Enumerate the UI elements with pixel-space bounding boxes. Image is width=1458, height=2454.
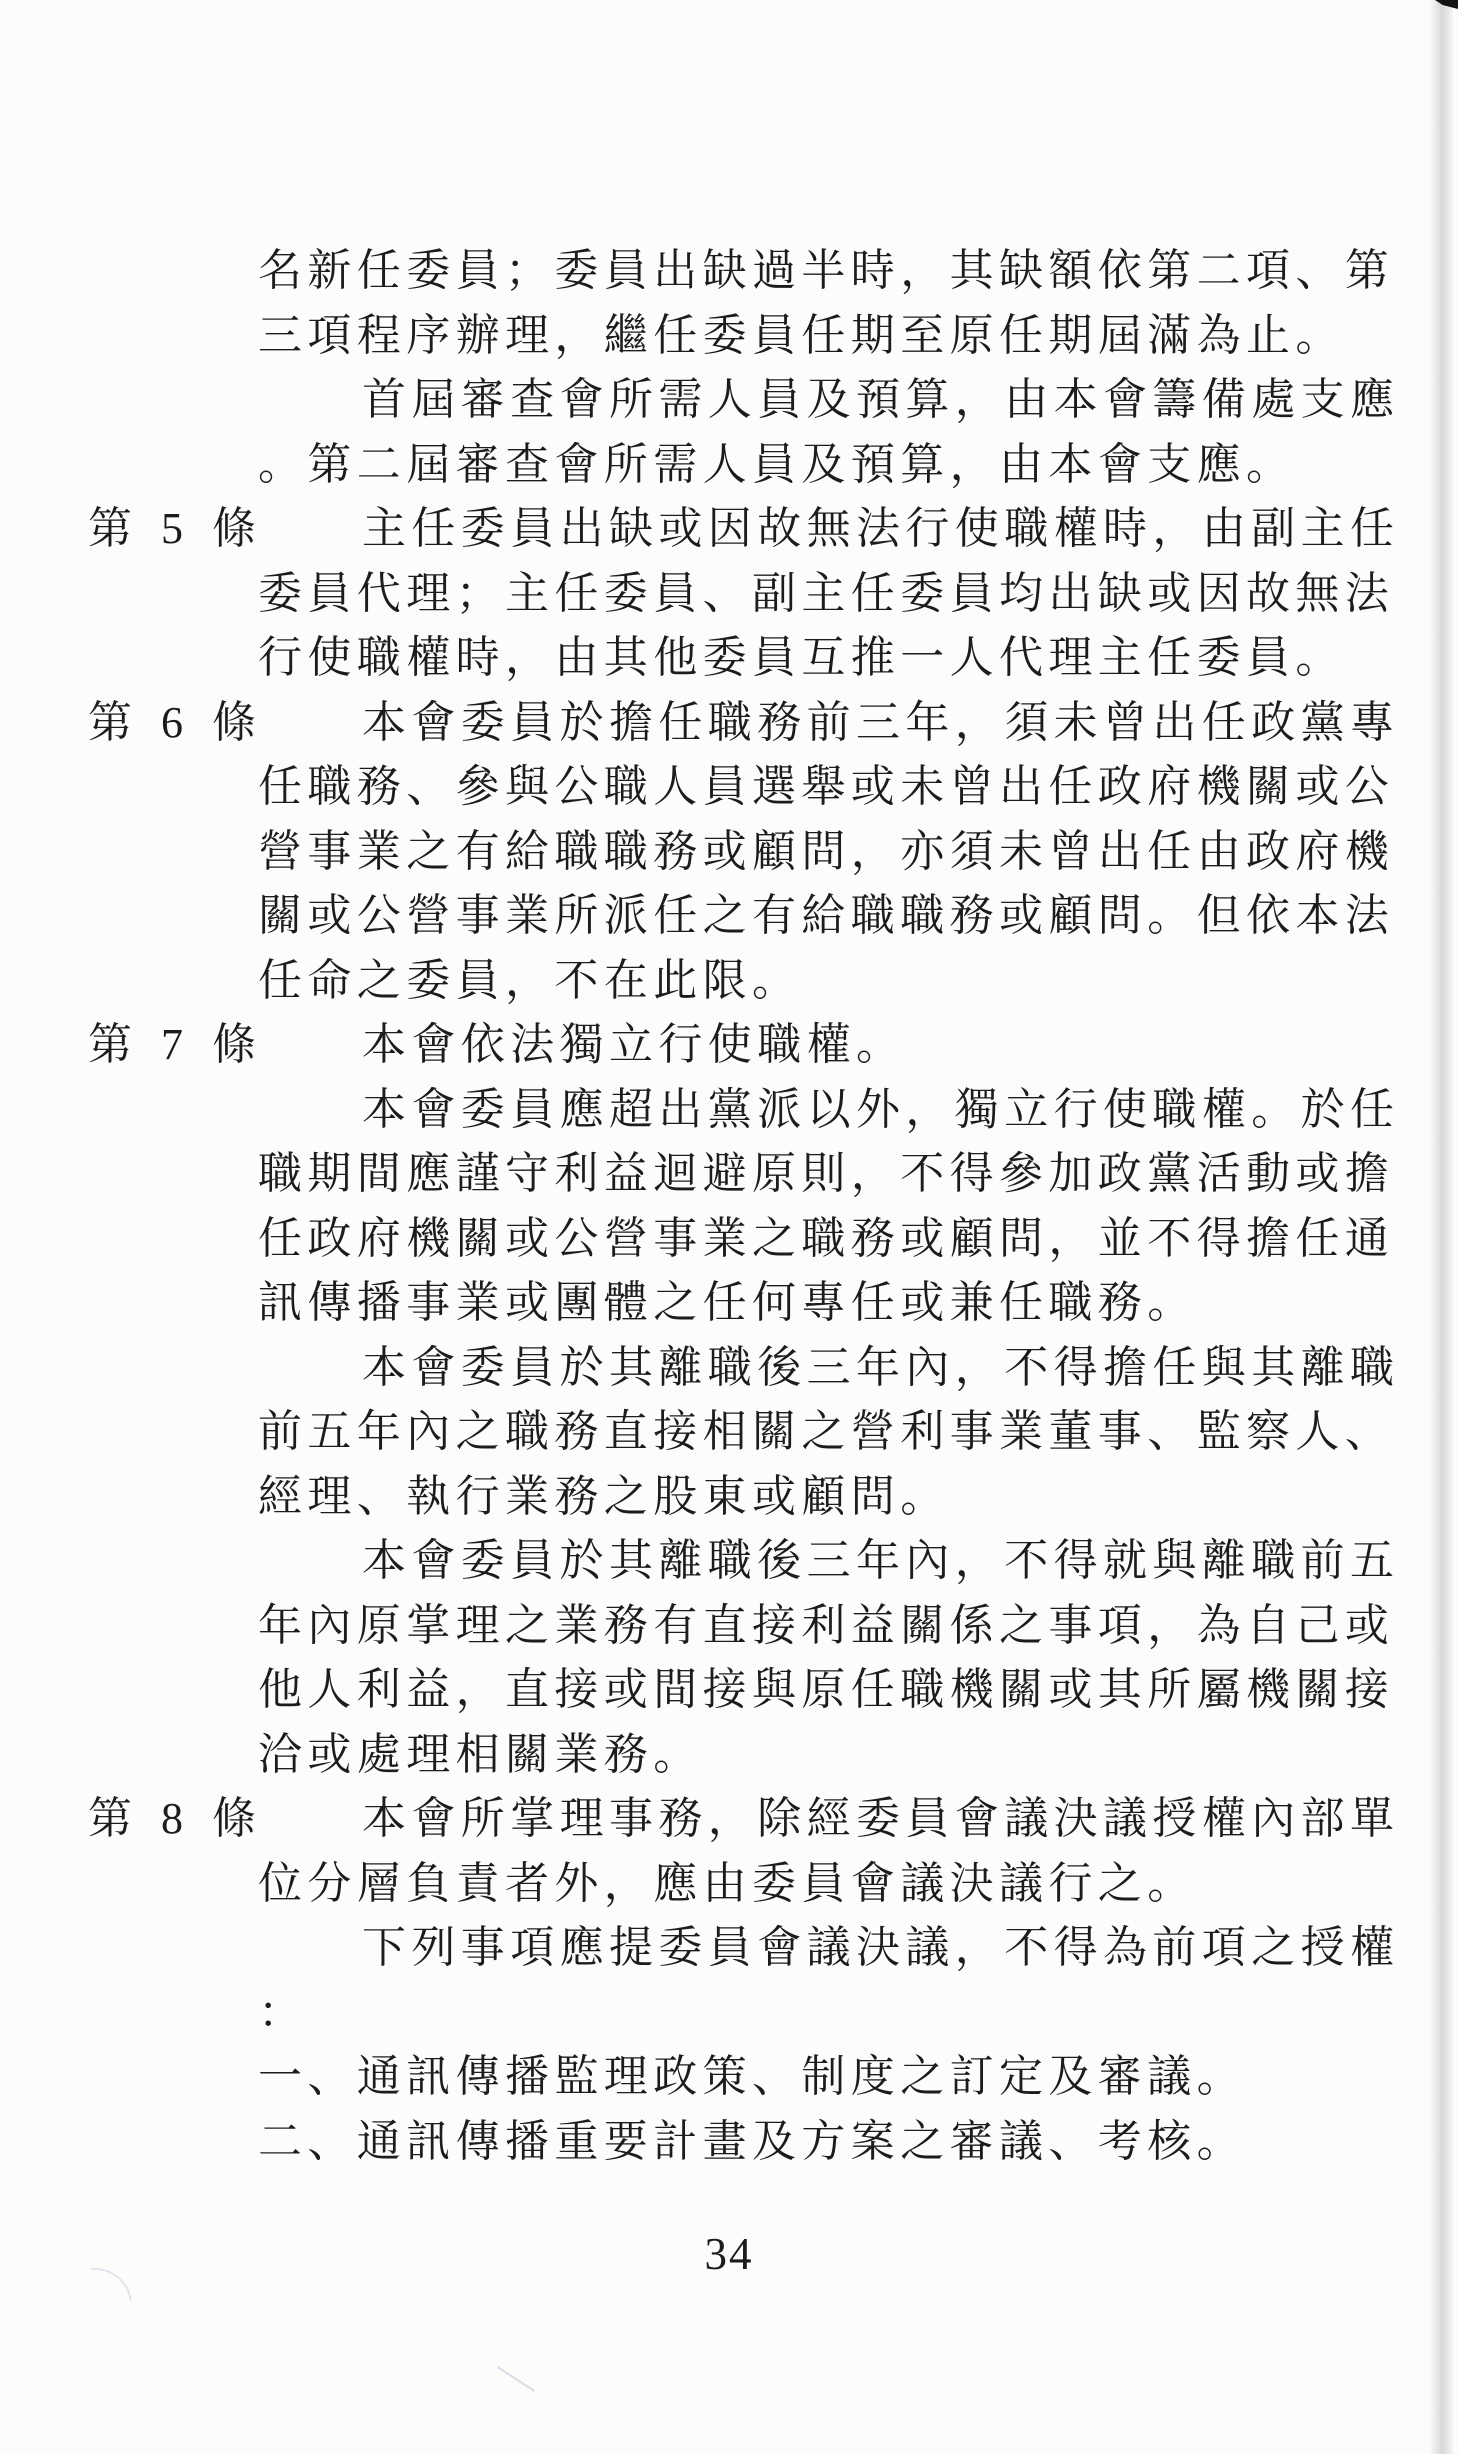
text-line: 任命之委員，不在此限。 [258,948,801,1013]
line-text: 前五年內之職務直接相關之營利事業董事、監察人、 [258,1407,1394,1456]
article-number-char: 第 [88,690,132,755]
line-text: 任職務、參與公職人員選舉或未曾出任政府機關或公 [258,762,1394,811]
article-number-char: 第 [88,1786,132,1851]
article-number-char: 第 [88,496,132,561]
article-line: 第8條本會所掌理事務，除經委員會議決議授權內部單 [88,1786,1399,1851]
line-text: 本會委員於其離職後三年內，不得擔任與其離職 [362,1343,1399,1392]
article-number: 第8條 [88,1786,256,1851]
article-number-char: 5 [161,496,183,561]
line-text: 下列事項應提委員會議決議，不得為前項之授權 [362,1923,1399,1972]
text-line: 位分層負責者外，應由委員會議決議行之。 [258,1851,1197,1916]
line-text: 洽或處理相關業務。 [258,1730,703,1779]
text-line: 洽或處理相關業務。 [258,1722,703,1787]
text-line: 本會委員於其離職後三年內，不得擔任與其離職 [362,1335,1399,1400]
line-text: 本會依法獨立行使職權。 [362,1020,905,1069]
text-line: 前五年內之職務直接相關之營利事業董事、監察人、 [258,1399,1394,1464]
line-text: 營事業之有給職職務或顧問，亦須未曾出任由政府機 [258,827,1394,876]
article-number-char: 7 [161,1012,183,1077]
line-text: 行使職權時，由其他委員互推一人代理主任委員。 [258,633,1345,682]
text-line: 一、通訊傳播監理政策、制度之訂定及審議。 [258,2044,1246,2109]
article-line: 第5條主任委員出缺或因故無法行使職權時，由副主任 [88,496,1399,561]
page-number: 34 [0,2222,1458,2287]
article-number-char: 8 [161,1786,183,1851]
text-line: 下列事項應提委員會議決議，不得為前項之授權 [362,1915,1399,1980]
article-number: 第5條 [88,496,256,561]
text-line: 二、通訊傳播重要計畫及方案之審議、考核。 [258,2109,1246,2174]
line-text: 主任委員出缺或因故無法行使職權時，由副主任 [362,504,1399,553]
text-line: 營事業之有給職職務或顧問，亦須未曾出任由政府機 [258,819,1394,884]
article-number-char: 條 [212,496,256,561]
text-line: 關或公營事業所派任之有給職職務或顧問。但依本法 [258,883,1394,948]
line-text: 位分層負責者外，應由委員會議決議行之。 [258,1859,1197,1908]
line-text: 委員代理；主任委員、副主任委員均出缺或因故無法 [258,569,1394,618]
line-text: 訊傳播事業或團體之任何專任或兼任職務。 [258,1278,1197,1327]
article-number-char: 條 [212,690,256,755]
line-text: 年內原掌理之業務有直接利益關係之事項，為自己或 [258,1601,1394,1650]
line-text: 經理、執行業務之股東或顧問。 [258,1472,950,1521]
line-text: ： [258,1988,307,2037]
line-text: 名新任委員；委員出缺過半時，其缺額依第二項、第 [258,246,1394,295]
text-line: ： [258,1980,307,2045]
line-text: 本會委員於擔任職務前三年，須未曾出任政黨專 [362,698,1399,747]
line-text: 二、通訊傳播重要計畫及方案之審議、考核。 [258,2117,1246,2166]
text-line: 他人利益，直接或間接與原任職機關或其所屬機關接 [258,1657,1394,1722]
text-line: 。第二屆審查會所需人員及預算，由本會支應。 [258,432,1295,497]
article-line: 第6條本會委員於擔任職務前三年，須未曾出任政黨專 [88,690,1399,755]
text-line: 行使職權時，由其他委員互推一人代理主任委員。 [258,625,1345,690]
line-text: 他人利益，直接或間接與原任職機關或其所屬機關接 [258,1665,1394,1714]
scan-artifact [497,2366,535,2392]
text-line: 本會委員於其離職後三年內，不得就與離職前五 [362,1528,1399,1593]
line-text: 一、通訊傳播監理政策、制度之訂定及審議。 [258,2052,1246,2101]
line-text: 本會所掌理事務，除經委員會議決議授權內部單 [362,1794,1399,1843]
text-line: 年內原掌理之業務有直接利益關係之事項，為自己或 [258,1593,1394,1658]
article-line: 第7條本會依法獨立行使職權。 [88,1012,905,1077]
line-text: 職期間應謹守利益迴避原則，不得參加政黨活動或擔 [258,1149,1394,1198]
line-text: 。第二屆審查會所需人員及預算，由本會支應。 [258,440,1295,489]
text-line: 首屆審查會所需人員及預算，由本會籌備處支應 [362,367,1399,432]
document-page: 名新任委員；委員出缺過半時，其缺額依第二項、第三項程序辦理，繼任委員任期至原任期… [0,0,1458,2454]
text-line: 經理、執行業務之股東或顧問。 [258,1464,950,1529]
scan-artifact [1429,0,1453,2454]
text-line: 委員代理；主任委員、副主任委員均出缺或因故無法 [258,561,1394,626]
text-line: 職期間應謹守利益迴避原則，不得參加政黨活動或擔 [258,1141,1394,1206]
article-number-char: 條 [212,1012,256,1077]
text-line: 任職務、參與公職人員選舉或未曾出任政府機關或公 [258,754,1394,819]
text-line: 本會委員應超出黨派以外，獨立行使職權。於任 [362,1077,1399,1142]
article-number-char: 6 [161,690,183,755]
text-line: 三項程序辦理，繼任委員任期至原任期屆滿為止。 [258,303,1345,368]
article-number: 第6條 [88,690,256,755]
article-number: 第7條 [88,1012,256,1077]
text-line: 任政府機關或公營事業之職務或顧問，並不得擔任通 [258,1206,1394,1271]
line-text: 任命之委員，不在此限。 [258,956,801,1005]
line-text: 首屆審查會所需人員及預算，由本會籌備處支應 [362,375,1399,424]
text-line: 訊傳播事業或團體之任何專任或兼任職務。 [258,1270,1197,1335]
line-text: 任政府機關或公營事業之職務或顧問，並不得擔任通 [258,1214,1394,1263]
line-text: 本會委員於其離職後三年內，不得就與離職前五 [362,1536,1399,1585]
article-number-char: 第 [88,1012,132,1077]
line-text: 本會委員應超出黨派以外，獨立行使職權。於任 [362,1085,1399,1134]
line-text: 關或公營事業所派任之有給職職務或顧問。但依本法 [258,891,1394,940]
line-text: 三項程序辦理，繼任委員任期至原任期屆滿為止。 [258,311,1345,360]
text-line: 名新任委員；委員出缺過半時，其缺額依第二項、第 [258,238,1394,303]
article-number-char: 條 [212,1786,256,1851]
